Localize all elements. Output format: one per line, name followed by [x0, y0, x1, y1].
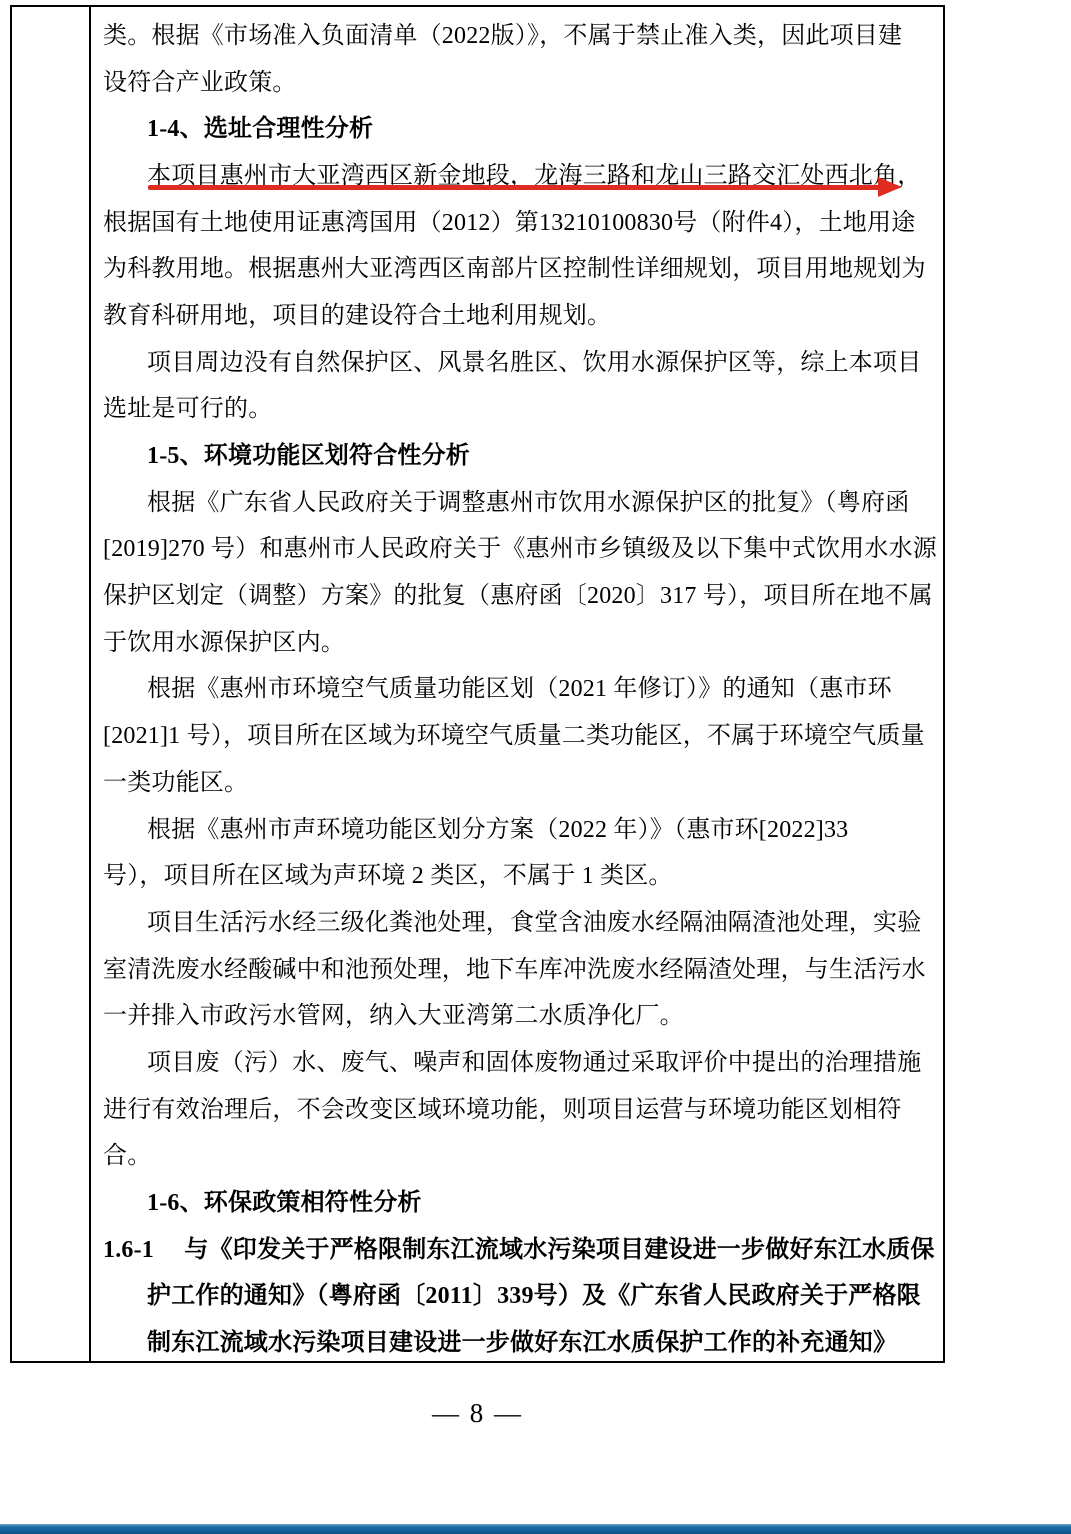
text-line: 合。: [103, 1130, 939, 1177]
section-heading: 1-5、环境功能区划符合性分析: [103, 429, 939, 476]
text-line: [2019]270 号）和惠州市人民政府关于《惠州市乡镇级及以下集中式饮用水水源: [103, 523, 939, 570]
table-left-cell: [12, 7, 91, 1361]
text-line: 根据《惠州市声环境功能区划分方案（2022 年）》（惠市环[2022]33: [103, 803, 939, 850]
text-line: 制东江流域水污染项目建设进一步做好东江水质保护工作的补充通知》: [103, 1316, 939, 1361]
text-line: 为科教用地。根据惠州大亚湾西区南部片区控制性详细规划，项目用地规划为: [103, 242, 939, 289]
text-line: 根据《惠州市环境空气质量功能区划（2021 年修订）》的通知（惠市环: [103, 663, 939, 710]
text-line: 项目生活污水经三级化粪池处理，食堂含油废水经隔油隔渣池处理，实验: [103, 896, 939, 943]
text-line: 保护区划定（调整）方案》的批复（惠府函〔2020〕317 号），项目所在地不属: [103, 569, 939, 616]
form-table: 类。根据《市场准入负面清单（2022版）》，不属于禁止准入类，因此项目建设符合产…: [10, 5, 945, 1363]
text-line: 教育科研用地，项目的建设符合土地利用规划。: [103, 289, 939, 336]
text-line: 类。根据《市场准入负面清单（2022版）》，不属于禁止准入类，因此项目建: [103, 9, 939, 56]
text-line: 进行有效治理后，不会改变区域环境功能，则项目运营与环境功能区划相符: [103, 1083, 939, 1130]
text-line: 设符合产业政策。: [103, 56, 939, 103]
section-heading: 1-6、环保政策相符性分析: [103, 1176, 939, 1223]
red-underline-arrow-shaft: [148, 185, 880, 190]
text-line: 一并排入市政污水管网，纳入大亚湾第二水质净化厂。: [103, 989, 939, 1036]
text-line: 于饮用水源保护区内。: [103, 616, 939, 663]
text-line: 选址是可行的。: [103, 383, 939, 430]
text-line: [2021]1 号），项目所在区域为环境空气质量二类功能区，不属于环境空气质量: [103, 709, 939, 756]
text-line: 项目废（污）水、废气、噪声和固体废物通过采取评价中提出的治理措施: [103, 1036, 939, 1083]
report-page: { "document": { "lines": [ {"text": "类。根…: [0, 0, 1071, 1534]
text-line: 1.6-1 与《印发关于严格限制东江流域水污染项目建设进一步做好东江水质保: [103, 1223, 939, 1270]
text-line: 室清洗废水经酸碱中和池预处理，地下车库冲洗废水经隔渣处理，与生活污水: [103, 943, 939, 990]
footer-blue-bar: [0, 1524, 1071, 1534]
text-line: 号），项目所在区域为声环境 2 类区，不属于 1 类区。: [103, 849, 939, 896]
text-line: 护工作的通知》（粤府函〔2011〕339号）及《广东省人民政府关于严格限: [103, 1270, 939, 1317]
page-number: — 8 —: [10, 1398, 945, 1429]
text-line: 一类功能区。: [103, 756, 939, 803]
text-line: 根据国有土地使用证惠湾国用（2012）第13210100830号（附件4），土地…: [103, 196, 939, 243]
red-underline-arrow-head: [878, 177, 902, 197]
table-content-cell: 类。根据《市场准入负面清单（2022版）》，不属于禁止准入类，因此项目建设符合产…: [91, 7, 943, 1361]
text-line: 项目周边没有自然保护区、风景名胜区、饮用水源保护区等，综上本项目: [103, 336, 939, 383]
section-heading: 1-4、选址合理性分析: [103, 102, 939, 149]
text-line: 根据《广东省人民政府关于调整惠州市饮用水源保护区的批复》（粤府函: [103, 476, 939, 523]
